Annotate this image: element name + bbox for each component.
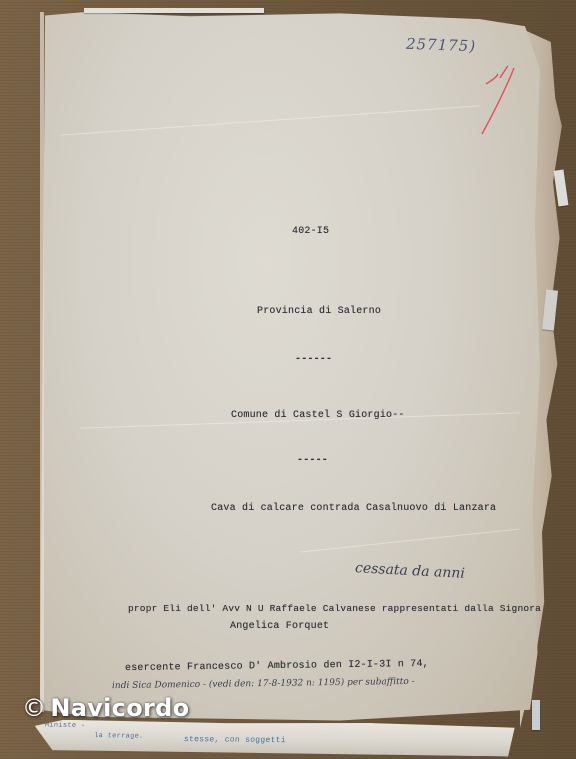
red-pencil-mark-icon: [478, 64, 518, 136]
loose-page-text: stesse, con soggetti: [184, 735, 287, 745]
municipality-label: Comune di Castel S Giorgio--: [231, 410, 405, 421]
folder-top-edge: [84, 8, 264, 13]
file-code: 402-I5: [292, 226, 329, 237]
loose-page-text: la terrage.: [94, 732, 144, 741]
watermark: ©Navicordo: [22, 694, 189, 722]
loose-page-text: Ministe -: [45, 722, 86, 730]
watermark-text: Navicordo: [50, 694, 189, 722]
folder-edge: [40, 12, 44, 712]
owner-line: propr Eli dell' Avv N U Raffaele Calvane…: [128, 603, 541, 614]
paper-scrap: [532, 700, 540, 730]
archive-number: 257175): [406, 35, 477, 55]
separator: -----: [297, 455, 328, 466]
province-label: Provincia di Salerno: [257, 306, 381, 317]
owner-name: Angelica Forquet: [230, 621, 329, 632]
subject-label: Cava di calcare contrada Casalnuovo di L…: [211, 503, 496, 514]
copyright-icon: ©: [22, 694, 46, 722]
separator: ------: [295, 354, 332, 365]
